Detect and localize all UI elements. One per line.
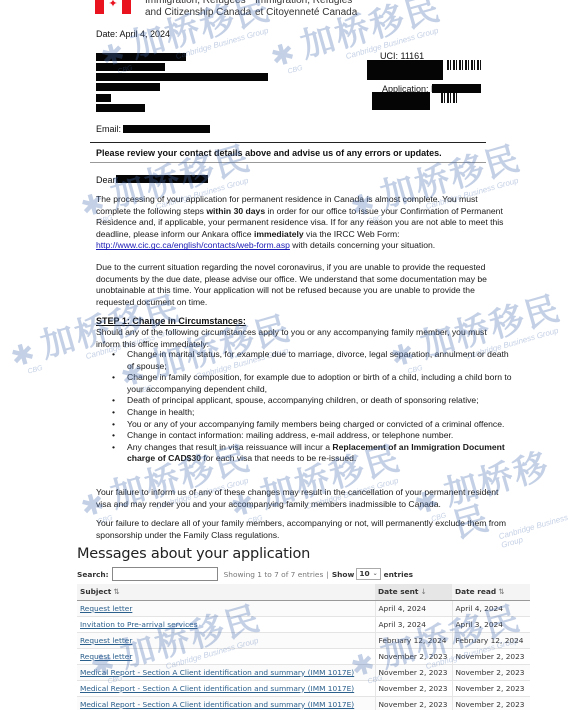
redacted-address-line: [96, 63, 165, 71]
letter-date: Date: April 4, 2024: [96, 29, 170, 39]
table-row: Request letterFebruary 12, 2024February …: [77, 632, 530, 648]
table-row: Medical Report - Section A Client identi…: [77, 664, 530, 680]
redacted-address-line: [96, 73, 268, 81]
step1-intro: Should any of the following circumstance…: [96, 327, 511, 350]
cell-date-sent: April 3, 2024: [375, 616, 452, 632]
cell-date-sent: February 12, 2024: [375, 632, 452, 648]
sort-descending-icon: ↓: [420, 587, 426, 596]
barcode-uci: [447, 60, 481, 70]
sort-icon: ⇅: [113, 587, 119, 596]
message-link[interactable]: Medical Report - Section A Client identi…: [80, 700, 354, 709]
canada-flag-icon: ✦: [95, 0, 131, 14]
message-link[interactable]: Request letter: [80, 604, 132, 613]
cell-subject: Request letter: [77, 600, 375, 616]
department-name-en: Immigration, Refugees and Citizenship Ca…: [145, 0, 251, 19]
cell-subject: Invitation to Pre-arrival services: [77, 616, 375, 632]
circumstance-item: Change in marital status, for example du…: [112, 349, 512, 372]
coronavirus-paragraph: Due to the current situation regarding t…: [96, 262, 511, 308]
divider: [90, 142, 486, 143]
redacted-recipient-name: [116, 175, 208, 183]
page-size-select[interactable]: 10 ⌄: [356, 568, 380, 580]
circumstances-list: Change in marital status, for example du…: [112, 349, 512, 465]
circumstance-item: Change in family composition, for exampl…: [112, 372, 512, 395]
cell-date-read: April 3, 2024: [452, 616, 530, 632]
messages-section: Messages about your application Search: …: [77, 546, 530, 710]
table-row: Medical Report - Section A Client identi…: [77, 680, 530, 696]
column-header-date-sent[interactable]: Date sent↓: [375, 584, 452, 600]
redacted-uci: [367, 60, 443, 80]
circumstance-item: Change in contact information: mailing a…: [112, 430, 512, 442]
ircc-web-form-link[interactable]: http://www.cic.gc.ca/english/contacts/we…: [96, 240, 290, 250]
department-name-fr: Immigration, Réfugiés et Citoyenneté Can…: [255, 0, 357, 19]
cell-date-read: April 4, 2024: [452, 600, 530, 616]
cell-subject: Medical Report - Section A Client identi…: [77, 696, 375, 710]
step1-title: STEP 1: Change in Circumstances:: [96, 316, 246, 326]
entries-label: entries: [384, 570, 413, 579]
table-row: Invitation to Pre-arrival servicesApril …: [77, 616, 530, 632]
search-label: Search:: [77, 570, 109, 579]
table-controls: Search: Showing 1 to 7 of 7 entries | Sh…: [77, 566, 530, 582]
barcode-application: [441, 93, 459, 103]
cell-subject: Request letter: [77, 648, 375, 664]
chevron-down-icon: ⌄: [373, 569, 378, 579]
cell-date-sent: April 4, 2024: [375, 600, 452, 616]
table-row: Request letterApril 4, 2024April 4, 2024: [77, 600, 530, 616]
failure-to-declare-paragraph: Your failure to declare all of your fami…: [96, 518, 511, 541]
divider: [90, 162, 486, 163]
contact-review-notice: Please review your contact details above…: [96, 148, 442, 158]
cell-subject: Request letter: [77, 632, 375, 648]
letter-document: ✦ Immigration, Refugees and Citizenship …: [0, 0, 570, 545]
search-input[interactable]: [112, 567, 218, 581]
redacted-application: [372, 92, 430, 110]
circumstance-item: Death of principal applicant, spouse, ac…: [112, 395, 512, 407]
separator: |: [326, 570, 329, 579]
cell-date-sent: November 2, 2023: [375, 664, 452, 680]
cell-subject: Medical Report - Section A Client identi…: [77, 680, 375, 696]
cell-date-read: November 2, 2023: [452, 680, 530, 696]
cell-date-sent: November 2, 2023: [375, 696, 452, 710]
message-link[interactable]: Medical Report - Section A Client identi…: [80, 684, 354, 693]
message-link[interactable]: Request letter: [80, 652, 132, 661]
failure-to-inform-paragraph: Your failure to inform us of any of thes…: [96, 487, 511, 510]
email-label: Email:: [96, 124, 121, 134]
redacted-address-line: [96, 53, 186, 61]
redacted-email: [123, 125, 210, 133]
processing-paragraph: The processing of your application for p…: [96, 194, 511, 252]
message-link[interactable]: Request letter: [80, 636, 132, 645]
table-row: Medical Report - Section A Client identi…: [77, 696, 530, 710]
cell-date-read: November 2, 2023: [452, 648, 530, 664]
cell-date-sent: November 2, 2023: [375, 680, 452, 696]
circumstance-item: Any changes that result in visa reissuan…: [112, 442, 512, 465]
sort-icon: ⇅: [498, 587, 504, 596]
message-link[interactable]: Medical Report - Section A Client identi…: [80, 668, 354, 677]
message-link[interactable]: Invitation to Pre-arrival services: [80, 620, 198, 629]
show-label: Show: [332, 570, 355, 579]
redacted-application: [432, 84, 481, 93]
entries-info: Showing 1 to 7 of 7 entries: [224, 570, 324, 579]
circumstance-item: You or any of your accompanying family m…: [112, 419, 512, 431]
cell-date-read: November 2, 2023: [452, 664, 530, 680]
cell-date-read: November 2, 2023: [452, 696, 530, 710]
salutation: Dear: [96, 175, 116, 185]
cell-date-sent: November 2, 2023: [375, 648, 452, 664]
circumstance-item: Change in health;: [112, 407, 512, 419]
table-row: Request letterNovember 2, 2023November 2…: [77, 648, 530, 664]
redacted-address-line: [96, 104, 145, 112]
column-header-subject[interactable]: Subject⇅: [77, 584, 375, 600]
messages-title: Messages about your application: [77, 546, 530, 562]
column-header-date-read[interactable]: Date read⇅: [452, 584, 530, 600]
redacted-address-line: [96, 83, 160, 91]
messages-table: Subject⇅ Date sent↓ Date read⇅ Request l…: [77, 584, 530, 710]
redacted-address-line: [96, 94, 111, 102]
cell-subject: Medical Report - Section A Client identi…: [77, 664, 375, 680]
cell-date-read: February 12, 2024: [452, 632, 530, 648]
